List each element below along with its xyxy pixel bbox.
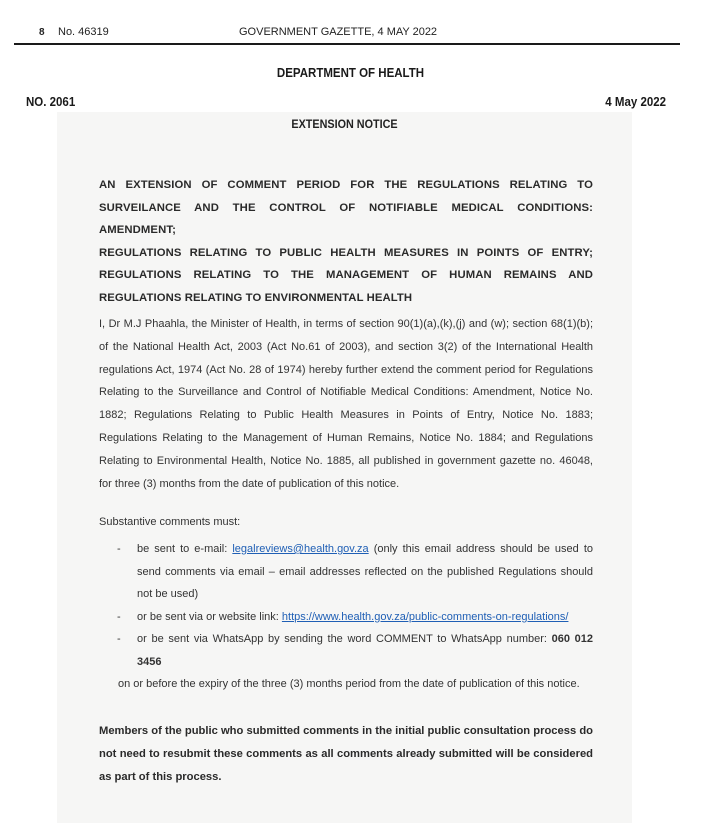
- bullet-dash: -: [117, 628, 121, 651]
- closing-paragraph: Members of the public who submitted comm…: [99, 720, 593, 788]
- body-line: regulations Act, 1974 (Act No. 28 of 197…: [99, 359, 593, 382]
- website-link[interactable]: https://www.health.gov.za/public-comment…: [282, 611, 569, 623]
- heading-line: REGULATIONS RELATING TO ENVIRONMENTAL HE…: [99, 287, 593, 310]
- scanned-notice: EXTENSION NOTICE AN EXTENSION OF COMMENT…: [57, 112, 632, 823]
- email-link[interactable]: legalreviews@health.gov.za: [232, 543, 368, 555]
- gazette-title: GOVERNMENT GAZETTE, 4 MAY 2022: [239, 26, 437, 38]
- notice-number: NO. 2061: [26, 95, 75, 109]
- body-line: I, Dr M.J Phaahla, the Minister of Healt…: [99, 313, 593, 336]
- list-item-whatsapp: - or be sent via WhatsApp by sending the…: [115, 628, 593, 673]
- body-line: for three (3) months from the date of pu…: [99, 473, 593, 496]
- closing-line: Members of the public who submitted comm…: [99, 720, 593, 743]
- email-line-3: not be used): [137, 583, 593, 606]
- submission-methods-list: - be sent to e-mail: legalreviews@health…: [115, 538, 593, 674]
- notice-title: EXTENSION NOTICE: [86, 117, 604, 131]
- notice-heading: AN EXTENSION OF COMMENT PERIOD FOR THE R…: [99, 174, 593, 310]
- website-line: or be sent via or website link: https://…: [137, 606, 593, 629]
- closing-line: not need to resubmit these comments as a…: [99, 743, 593, 766]
- list-item-website: - or be sent via or website link: https:…: [115, 606, 593, 629]
- email-prefix: be sent to e-mail:: [137, 543, 232, 555]
- whatsapp-number-continued: 3456: [137, 651, 593, 674]
- gazette-number: No. 46319: [58, 26, 109, 38]
- running-header: 8 No. 46319 GOVERNMENT GAZETTE, 4 MAY 20…: [0, 26, 701, 42]
- bullet-dash: -: [117, 538, 121, 561]
- whatsapp-prefix: or be sent via WhatsApp by sending the w…: [137, 633, 552, 645]
- website-prefix: or be sent via or website link:: [137, 611, 282, 623]
- bullet-dash: -: [117, 606, 121, 629]
- body-line: Regulations Relating to the Management o…: [99, 427, 593, 450]
- header-rule: [14, 43, 680, 45]
- email-suffix: (only this email address should be used …: [369, 543, 593, 555]
- list-item-email: - be sent to e-mail: legalreviews@health…: [115, 538, 593, 606]
- notice-date: 4 May 2022: [605, 95, 666, 109]
- body-line: Relating to the Surveillance and Control…: [99, 381, 593, 404]
- email-line-2: send comments via email – email addresse…: [137, 561, 593, 584]
- body-line: of the National Health Act, 2003 (Act No…: [99, 336, 593, 359]
- body-line: Relating to Environmental Health, Notice…: [99, 450, 593, 473]
- whatsapp-line: or be sent via WhatsApp by sending the w…: [137, 628, 593, 651]
- heading-line: SURVEILANCE AND THE CONTROL OF NOTIFIABL…: [99, 197, 593, 242]
- closing-line: as part of this process.: [99, 766, 593, 789]
- heading-line: REGULATIONS RELATING TO PUBLIC HEALTH ME…: [99, 242, 593, 265]
- department-heading: DEPARTMENT OF HEALTH: [28, 66, 673, 80]
- body-paragraph: I, Dr M.J Phaahla, the Minister of Healt…: [99, 313, 593, 495]
- whatsapp-number: 060 012: [552, 633, 593, 645]
- body-line: 1882; Regulations Relating to Public Hea…: [99, 404, 593, 427]
- heading-line: AN EXTENSION OF COMMENT PERIOD FOR THE R…: [99, 174, 593, 197]
- expiry-note: on or before the expiry of the three (3)…: [118, 678, 580, 690]
- heading-line: REGULATIONS RELATING TO THE MANAGEMENT O…: [99, 264, 593, 287]
- page-number: 8: [39, 27, 45, 38]
- comments-intro: Substantive comments must:: [99, 516, 240, 528]
- email-line: be sent to e-mail: legalreviews@health.g…: [137, 538, 593, 561]
